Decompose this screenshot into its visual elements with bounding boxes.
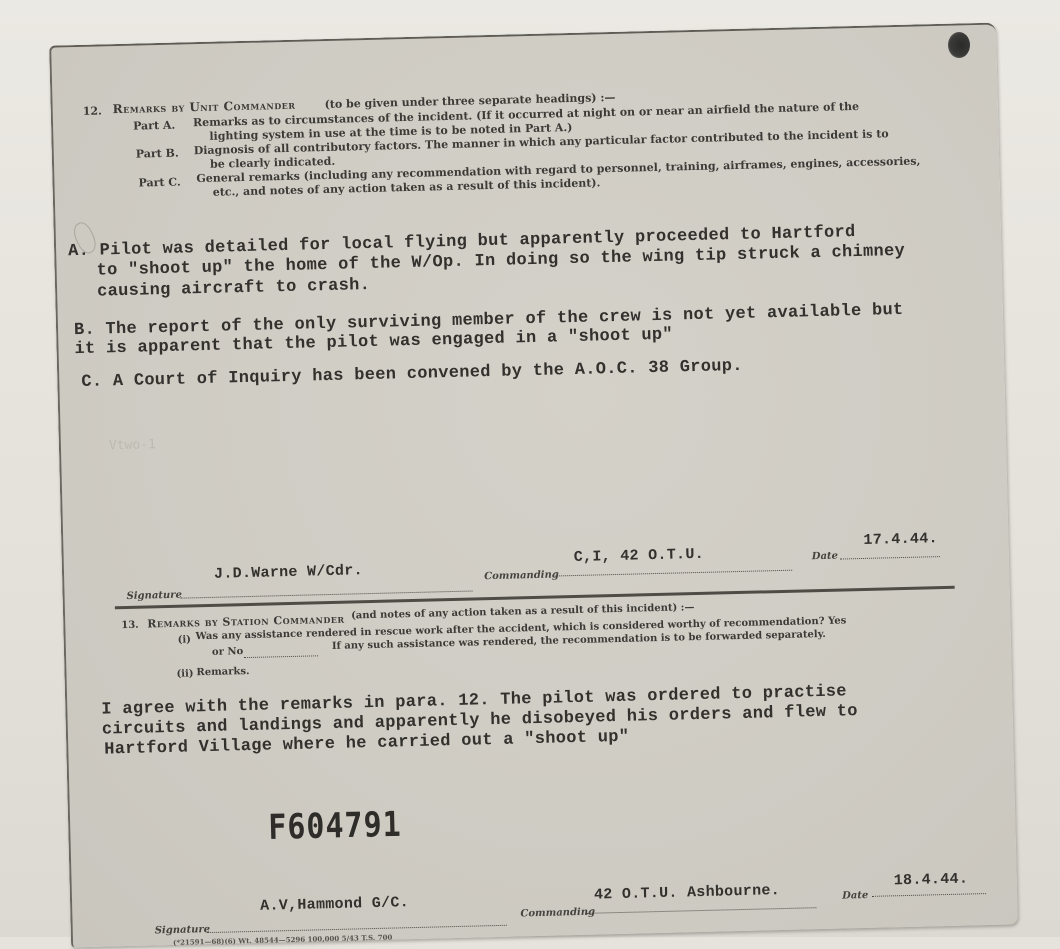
section13-signature-value: A.V,Hammond G/C. xyxy=(260,894,409,915)
part-c-label: Part C. xyxy=(138,176,181,190)
remark-c-line-1: C. A Court of Inquiry has been convened … xyxy=(81,357,743,392)
faint-ghost-text: Vtwo-1 xyxy=(109,437,156,453)
section12-commanding-label: Commanding xyxy=(484,569,559,582)
item-i-or-no: or No xyxy=(212,646,243,658)
section13-signature-line xyxy=(207,925,507,933)
section13-heading-note: (and notes of any action taken as a resu… xyxy=(351,602,695,621)
section12-date-line xyxy=(840,556,940,559)
item-ii-label: (ii) xyxy=(176,668,193,679)
section13-commanding-line xyxy=(586,907,816,914)
section12-signature-label: Signature xyxy=(126,590,182,602)
raf-form-sheet: 12. Remarks by Unit Commander (to be giv… xyxy=(49,23,1018,937)
file-number-stamp: F604791 xyxy=(268,805,402,848)
part-a-label: Part A. xyxy=(133,119,175,133)
part-b-label: Part B. xyxy=(136,147,179,161)
section13-signature-label: Signature xyxy=(155,924,211,936)
item-i-label: (i) xyxy=(178,634,192,645)
section12-date-value: 17.4.44. xyxy=(863,530,938,549)
section12-commanding-value: C,I, 42 O.T.U. xyxy=(574,546,705,566)
section12-commanding-line xyxy=(552,570,792,577)
section12-signature-value: J.D.Warne W/Cdr. xyxy=(214,562,363,583)
section13-commanding-value: 42 O.T.U. Ashbourne. xyxy=(594,882,780,904)
section13-date-line xyxy=(872,893,986,897)
section13-number: 13. xyxy=(121,620,139,631)
section12-number: 12. xyxy=(83,104,102,117)
section13-date-label: Date xyxy=(842,890,868,902)
section13-date-value: 18.4.44. xyxy=(894,871,969,890)
section13-commanding-label: Commanding xyxy=(520,907,595,920)
remark-a-line-3: causing aircraft to crash. xyxy=(97,276,370,302)
section12-date-label: Date xyxy=(812,551,838,563)
punch-hole xyxy=(948,32,970,58)
section12-signature-line xyxy=(181,591,473,599)
item-ii-text: Remarks. xyxy=(196,666,249,678)
item-i-answer-field xyxy=(244,655,318,658)
